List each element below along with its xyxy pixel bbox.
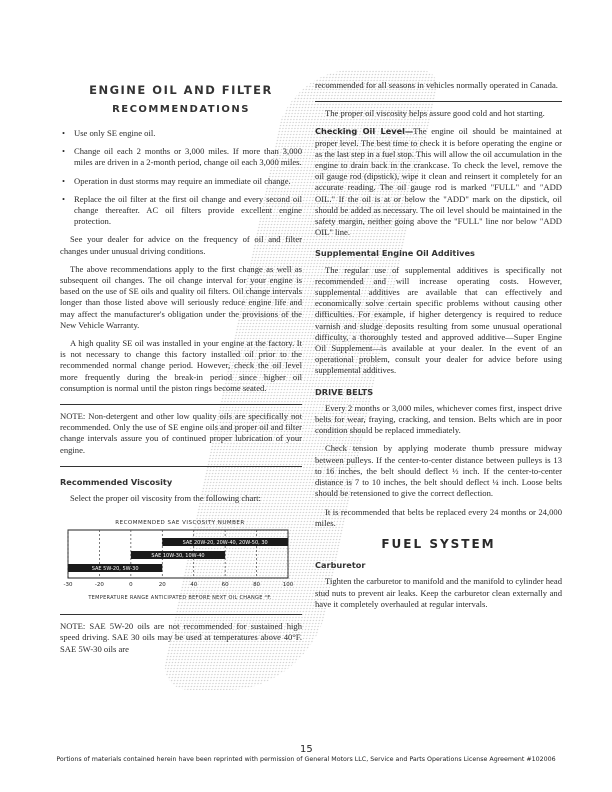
note-box: NOTE: Non-detergent and other low qualit… [60, 411, 302, 456]
note-2: NOTE: SAE 5W-20 oils are not recommended… [60, 621, 302, 655]
svg-text:80: 80 [253, 582, 260, 588]
fuel-system-heading: FUEL SYSTEM [315, 539, 562, 550]
chart-xlabel: TEMPERATURE RANGE ANTICIPATED BEFORE NEX… [60, 593, 300, 604]
paragraph: recommended for all seasons in vehicles … [315, 80, 562, 91]
paragraph: Check tension by applying moderate thumb… [315, 443, 562, 499]
copyright-footer: Portions of materials contained herein h… [0, 756, 612, 763]
divider [60, 404, 302, 405]
checking-oil-text: The engine oil should be maintained at p… [315, 126, 562, 237]
recommendation-list: Use only SE engine oil. Change oil each … [60, 128, 302, 227]
section-title: ENGINE OIL AND FILTER [60, 82, 302, 98]
drive-belts-heading: DRIVE BELTS [315, 387, 562, 398]
viscosity-heading: Recommended Viscosity [60, 477, 302, 488]
carburetor-heading: Carburetor [315, 560, 562, 571]
divider [60, 466, 302, 467]
list-item: Operation in dust storms may require an … [60, 176, 302, 187]
svg-text:0: 0 [129, 582, 133, 588]
svg-text:SAE 5W-20, 5W-30: SAE 5W-20, 5W-30 [92, 566, 139, 572]
svg-text:60: 60 [222, 582, 229, 588]
svg-text:-20: -20 [95, 582, 104, 588]
paragraph: The above recommendations apply to the f… [60, 264, 302, 331]
checking-oil-paragraph: Checking Oil Level—The engine oil should… [315, 126, 562, 238]
paragraph: A high quality SE oil was installed in y… [60, 338, 302, 394]
paragraph: The regular use of supplemental additive… [315, 265, 562, 377]
checking-oil-heading: Checking Oil Level— [315, 126, 413, 136]
svg-text:SAE 10W-30, 10W-40: SAE 10W-30, 10W-40 [151, 553, 204, 559]
right-column: recommended for all seasons in vehicles … [315, 80, 562, 617]
svg-text:40: 40 [190, 582, 197, 588]
divider [60, 614, 302, 615]
viscosity-chart: RECOMMENDED SAE VISCOSITY NUMBER -30-200… [60, 518, 300, 604]
paragraph: Select the proper oil viscosity from the… [60, 493, 302, 504]
list-item: Replace the oil filter at the first oil … [60, 194, 302, 228]
divider [315, 101, 562, 102]
paragraph: See your dealer for advice on the freque… [60, 234, 302, 256]
list-item: Use only SE engine oil. [60, 128, 302, 139]
left-column: ENGINE OIL AND FILTER RECOMMENDATIONS Us… [60, 78, 302, 655]
paragraph: Tighten the carburetor to manifold and t… [315, 576, 562, 610]
svg-text:100: 100 [283, 582, 294, 588]
svg-text:-30: -30 [64, 582, 73, 588]
section-subtitle: RECOMMENDATIONS [60, 102, 302, 118]
svg-text:SAE 20W-20, 20W-40, 20W-50, 30: SAE 20W-20, 20W-40, 20W-50, 30 [183, 540, 268, 546]
page-number: 15 [300, 744, 313, 755]
list-item: Change oil each 2 months or 3,000 miles.… [60, 146, 302, 168]
supplemental-heading: Supplemental Engine Oil Additives [315, 248, 562, 259]
chart-plot: -30-20020406080100SAE 20W-20, 20W-40, 20… [60, 526, 300, 592]
paragraph: Every 2 months or 3,000 miles, whichever… [315, 403, 562, 437]
svg-text:20: 20 [159, 582, 166, 588]
paragraph: The proper oil viscosity helps assure go… [315, 108, 562, 119]
paragraph: It is recommended that belts be replaced… [315, 507, 562, 529]
